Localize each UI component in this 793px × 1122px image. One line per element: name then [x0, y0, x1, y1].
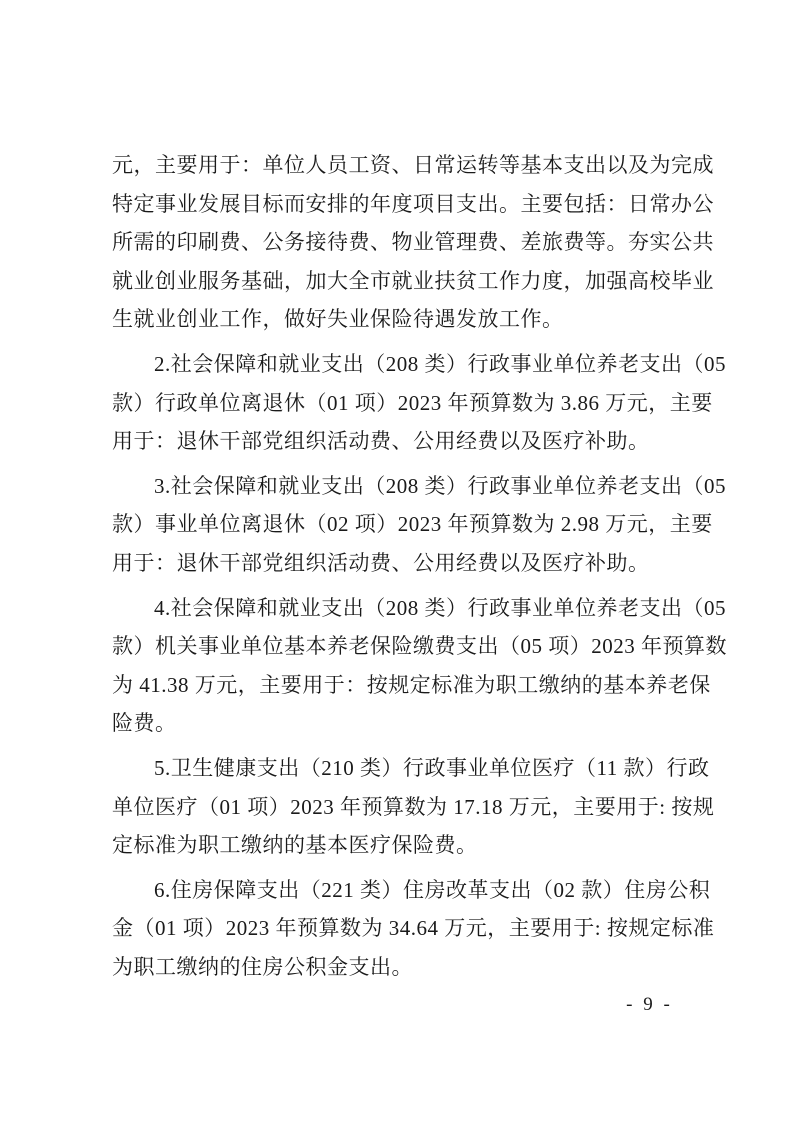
text-line: 为职工缴纳的住房公积金支出。 [112, 948, 707, 987]
text-line: 款）行政单位离退休（01 项）2023 年预算数为 3.86 万元，主要 [112, 384, 707, 423]
text-line: 金（01 项）2023 年预算数为 34.64 万元，主要用于: 按规定标准 [112, 909, 707, 948]
text-line: 6.住房保障支出（221 类）住房改革支出（02 款）住房公积 [112, 871, 707, 910]
paragraph-item-6: 6.住房保障支出（221 类）住房改革支出（02 款）住房公积 金（01 项）2… [112, 871, 707, 987]
paragraph-continuation: 元，主要用于：单位人员工资、日常运转等基本支出以及为完成 特定事业发展目标而安排… [112, 146, 707, 339]
text-line: 用于：退休干部党组织活动费、公用经费以及医疗补助。 [112, 422, 707, 461]
text-line: 就业创业服务基础，加大全市就业扶贫工作力度，加强高校毕业 [112, 262, 707, 301]
text-line: 4.社会保障和就业支出（208 类）行政事业单位养老支出（05 [112, 589, 707, 628]
text-line: 款）机关事业单位基本养老保险缴费支出（05 项）2023 年预算数 [112, 627, 707, 666]
text-line: 为 41.38 万元，主要用于：按规定标准为职工缴纳的基本养老保 [112, 666, 707, 705]
paragraph-item-2: 2.社会保障和就业支出（208 类）行政事业单位养老支出（05 款）行政单位离退… [112, 345, 707, 461]
text-line: 3.社会保障和就业支出（208 类）行政事业单位养老支出（05 [112, 467, 707, 506]
paragraph-item-4: 4.社会保障和就业支出（208 类）行政事业单位养老支出（05 款）机关事业单位… [112, 589, 707, 743]
text-line: 元，主要用于：单位人员工资、日常运转等基本支出以及为完成 [112, 146, 707, 185]
text-line: 5.卫生健康支出（210 类）行政事业单位医疗（11 款）行政 [112, 749, 707, 788]
text-line: 生就业创业工作，做好失业保险待遇发放工作。 [112, 300, 707, 339]
text-line: 险费。 [112, 704, 707, 743]
page-number: - 9 - [608, 993, 688, 1017]
text-line: 款）事业单位离退休（02 项）2023 年预算数为 2.98 万元，主要 [112, 505, 707, 544]
text-line: 所需的印刷费、公务接待费、物业管理费、差旅费等。夯实公共 [112, 223, 707, 262]
paragraph-item-5: 5.卫生健康支出（210 类）行政事业单位医疗（11 款）行政 单位医疗（01 … [112, 749, 707, 865]
text-line: 单位医疗（01 项）2023 年预算数为 17.18 万元，主要用于: 按规 [112, 788, 707, 827]
text-line: 用于：退休干部党组织活动费、公用经费以及医疗补助。 [112, 544, 707, 583]
document-body: 元，主要用于：单位人员工资、日常运转等基本支出以及为完成 特定事业发展目标而安排… [112, 146, 707, 986]
text-line: 特定事业发展目标而安排的年度项目支出。主要包括：日常办公 [112, 185, 707, 224]
text-line: 定标准为职工缴纳的基本医疗保险费。 [112, 826, 707, 865]
text-line: 2.社会保障和就业支出（208 类）行政事业单位养老支出（05 [112, 345, 707, 384]
document-page: 元，主要用于：单位人员工资、日常运转等基本支出以及为完成 特定事业发展目标而安排… [0, 0, 793, 1122]
paragraph-item-3: 3.社会保障和就业支出（208 类）行政事业单位养老支出（05 款）事业单位离退… [112, 467, 707, 583]
